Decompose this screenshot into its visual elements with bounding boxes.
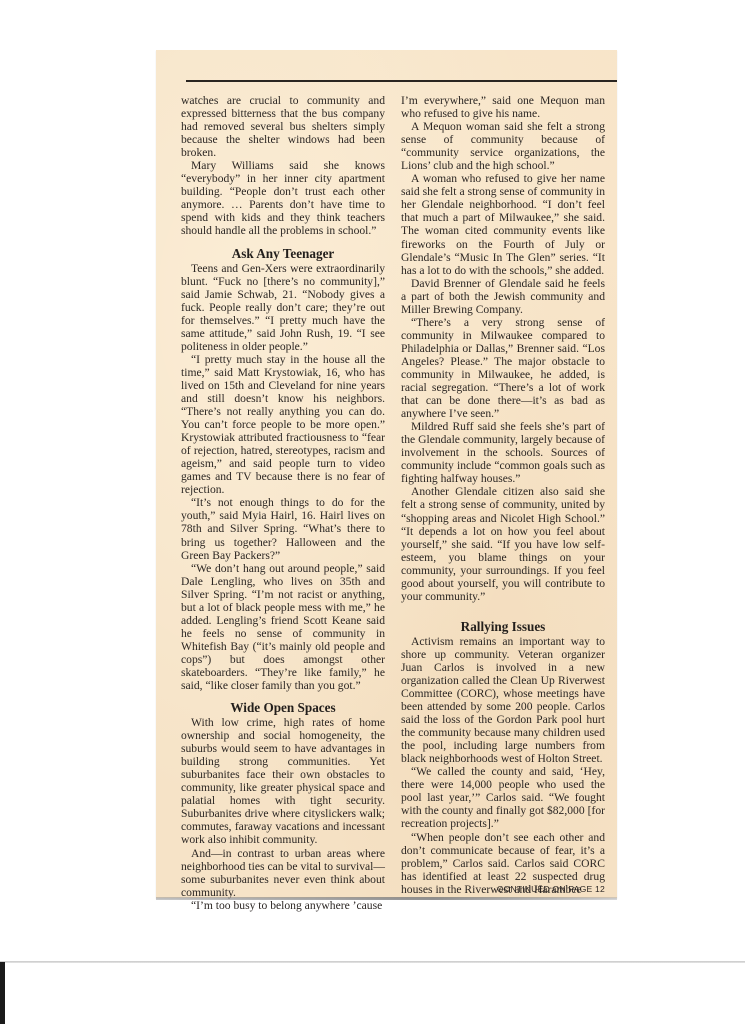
article-paragraph: “It’s not enough things to do for the yo…	[181, 496, 385, 561]
article-column-left: watches are crucial to community and exp…	[181, 94, 385, 912]
article-paragraph: I’m everywhere,” said one Mequon man who…	[401, 94, 605, 120]
section-heading: Ask Any Teenager	[181, 246, 385, 261]
scanner-edge-strip	[0, 962, 5, 1024]
section-heading: Rallying Issues	[401, 619, 605, 634]
article-paragraph: With low crime, high rates of home owner…	[181, 716, 385, 846]
article-paragraph: Mary Williams said she knows “everybody”…	[181, 159, 385, 237]
article-paragraph: “I pretty much stay in the house all the…	[181, 353, 385, 497]
top-rule-divider	[186, 80, 617, 82]
article-paragraph: “We don’t hang out around people,” said …	[181, 562, 385, 692]
article-paragraph: “There’s a very strong sense of communit…	[401, 316, 605, 420]
article-paragraph: “I’m too busy to belong anywhere ’cause	[181, 899, 385, 912]
scanner-edge-line	[0, 961, 745, 963]
article-paragraph: Another Glendale citizen also said she f…	[401, 485, 605, 602]
article-paragraph: Activism remains an important way to sho…	[401, 635, 605, 765]
article-paragraph: And—in contrast to urban areas where nei…	[181, 847, 385, 899]
article-paragraph: Mildred Ruff said she feels she’s part o…	[401, 420, 605, 485]
article-paragraph: David Brenner of Glendale said he feels …	[401, 277, 605, 316]
newspaper-clipping: watches are crucial to community and exp…	[156, 50, 617, 898]
article-paragraph: A Mequon woman said she felt a strong se…	[401, 120, 605, 172]
article-paragraph: Teens and Gen-Xers were extraordinarily …	[181, 262, 385, 353]
article-paragraph: “We called the county and said, ‘Hey, th…	[401, 765, 605, 830]
article-paragraph: watches are crucial to community and exp…	[181, 94, 385, 159]
article-paragraph: A woman who refused to give her name sai…	[401, 172, 605, 276]
article-column-right: I’m everywhere,” said one Mequon man who…	[401, 94, 605, 896]
section-heading: Wide Open Spaces	[181, 700, 385, 715]
continued-jump-line: CONTINUED ON PAGE 12	[497, 884, 605, 894]
